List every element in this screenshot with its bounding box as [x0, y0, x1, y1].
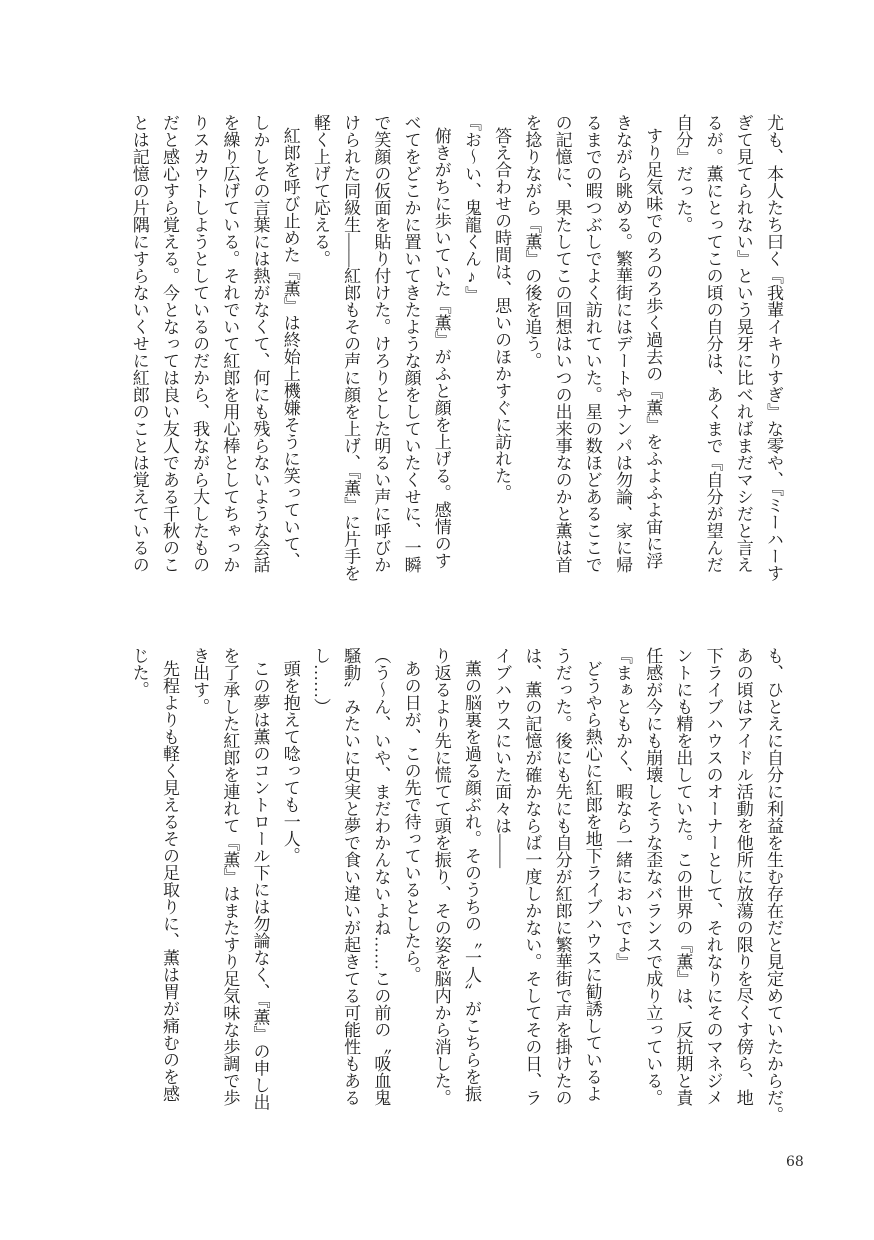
- text-line: どうやら熱心に紅郎を地下ライブハウスに勧誘しているよ: [577, 647, 607, 1144]
- text-line: は、薫の記憶が確かならば一度しかない。そしてその日、ラ: [516, 647, 546, 1131]
- text-line: しかしその言葉には熱がなくて、何にも残らないような会話: [244, 114, 274, 598]
- text-line: うだった。後にも先にも自分が紅郎に繁華街で声を掛けたの: [546, 647, 576, 1131]
- text-line: 頭を抱えて唸っても一人。: [275, 647, 305, 1144]
- text-line: ントにも精を出していた。この世界の『薫』は、反抗期と責: [667, 647, 697, 1131]
- text-line: を了承した紅郎を連れて『薫』はまたすり足気味な歩調で歩: [214, 647, 244, 1131]
- text-line: 紅郎を呼び止めた『薫』は終始上機嫌そうに笑っていて、: [275, 114, 305, 611]
- text-line: 『まぁともかく、暇なら一緒においでよ』: [607, 647, 637, 1131]
- text-block-top: 尤も、本人たち曰く『我輩イキりすぎ』な零や、『ミーハーすぎて見てられない』という…: [124, 114, 788, 598]
- text-line: とは記憶の片隅にすらないくせに紅郎のことは覚えているの: [124, 114, 154, 598]
- text-line: 尤も、本人たち曰く『我輩イキりすぎ』な零や、『ミーハーす: [758, 114, 788, 598]
- page-number: 68: [786, 1154, 804, 1170]
- text-line: （う〜ん、いや、まだわかんないよね……この前の〝吸血鬼: [365, 647, 395, 1131]
- text-line: を繰り広げている。それでいて紅郎を用心棒としてちゃっか: [214, 114, 244, 598]
- text-line: も、ひとえに自分に利益を生む存在だと見定めていたからだ。: [758, 647, 788, 1131]
- text-line: 騒動〟みたいに史実と夢で食い違いが起きてる可能性もある: [335, 647, 365, 1131]
- text-line: るまでの暇つぶしでよく訪れていた。星の数ほどあるここで: [577, 114, 607, 598]
- text-line: じた。: [124, 647, 154, 1131]
- text-line: 任感が今にも崩壊しそうな歪なバランスで成り立っている。: [637, 647, 667, 1131]
- text-line: り返るより先に慌てて頭を振り、その姿を脳内から消した。: [426, 647, 456, 1131]
- text-line: き出す。: [184, 647, 214, 1131]
- text-line: この夢は薫のコントロール下には勿論なく、『薫』の申し出: [244, 647, 274, 1144]
- text-line: 自分』だった。: [667, 114, 697, 598]
- text-line: るが。薫にとってこの頃の自分は、あくまで『自分が望んだ: [697, 114, 727, 598]
- text-line: ぎて見てられない』という晃牙に比べればまだマシだと言え: [728, 114, 758, 598]
- text-line: あの日が、この先で待っているとしたら。: [395, 647, 425, 1144]
- text-line: し……）: [305, 647, 335, 1131]
- text-line: イブハウスにいた面々は――: [486, 647, 516, 1131]
- text-line: けられた同級生――紅郎もその声に顔を上げ、『薫』に片手を: [335, 114, 365, 598]
- text-line: 下ライブハウスのオーナーとして、それなりにそのマネジメ: [697, 647, 727, 1131]
- text-line: 俯きがちに歩いていた『薫』がふと顔を上げる。感情のす: [426, 114, 456, 611]
- text-line: 先程よりも軽く見えるその足取りに、薫は胃が痛むのを感: [154, 647, 184, 1144]
- text-line: きながら眺める。繁華街にはデートやナンパは勿論、家に帰: [607, 114, 637, 598]
- text-line: 答え合わせの時間は、思いのほかすぐに訪れた。: [486, 114, 516, 611]
- text-line: 軽く上げて応える。: [305, 114, 335, 598]
- text-line: だと感心すら覚える。今となっては良い友人である千秋のこ: [154, 114, 184, 598]
- text-block-bottom: も、ひとえに自分に利益を生む存在だと見定めていたからだ。あの頃はアイドル活動を他…: [124, 647, 788, 1131]
- book-page: 尤も、本人たち曰く『我輩イキりすぎ』な零や、『ミーハーすぎて見てられない』という…: [0, 0, 874, 1240]
- text-line: 『お〜い、鬼龍くん♪』: [456, 114, 486, 598]
- text-line: べてをどこかに置いてきたような顔をしていたくせに、一瞬: [395, 114, 425, 598]
- text-line: すり足気味でのろのろ歩く過去の『薫』をふよふよ宙に浮: [637, 114, 667, 611]
- text-line: の記憶に、果たしてこの回想はいつの出来事なのかと薫は首: [546, 114, 576, 598]
- text-line: 薫の脳裏を過る顔ぶれ。そのうちの〝一人〟がこちらを振: [456, 647, 486, 1144]
- text-line: あの頃はアイドル活動を他所に放蕩の限りを尽くす傍ら、地: [728, 647, 758, 1131]
- text-line: りスカウトしようとしているのだから、我ながら大したもの: [184, 114, 214, 598]
- text-line: を捻りながら『薫』の後を追う。: [516, 114, 546, 598]
- text-line: で笑顔の仮面を貼り付けた。けろりとした明るい声に呼びか: [365, 114, 395, 598]
